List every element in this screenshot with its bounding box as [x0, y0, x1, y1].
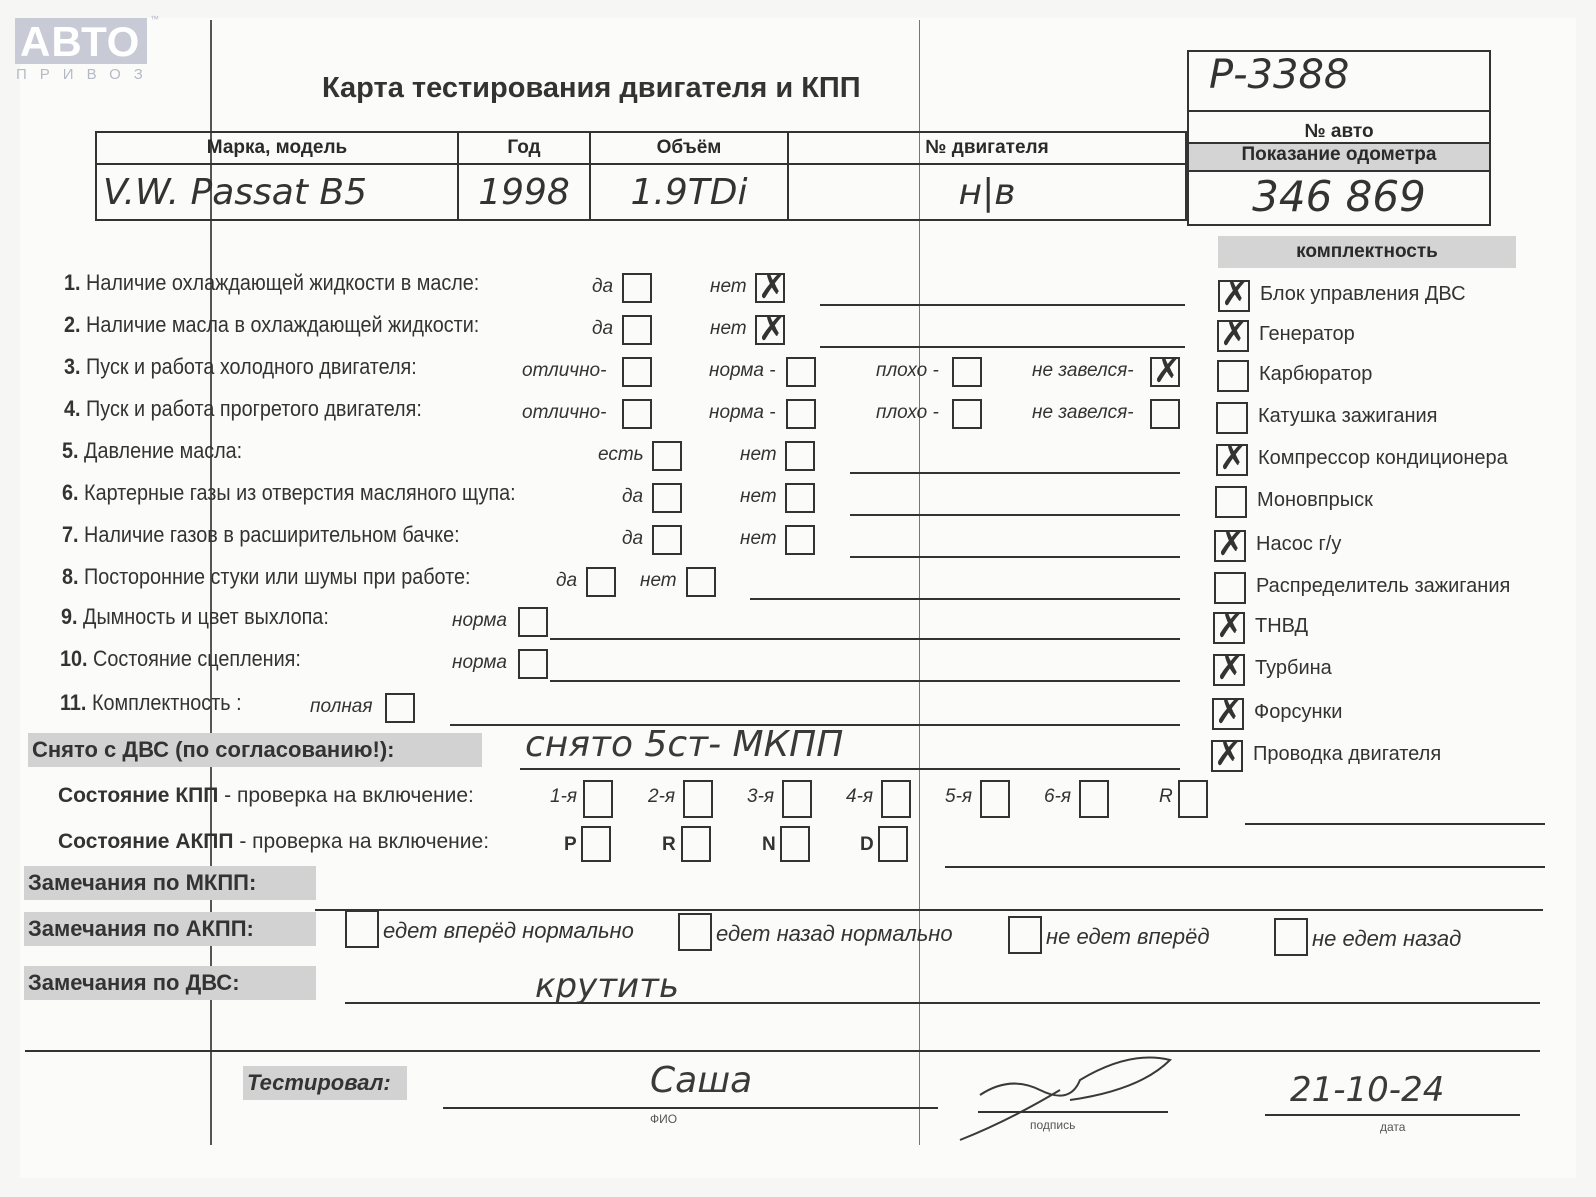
volume-value[interactable]: 1.9TDi	[590, 164, 788, 220]
option-label: норма	[452, 610, 507, 632]
option-label: нет	[740, 444, 777, 466]
checklist-question: 4. Пуск и работа прогретого двигателя:	[64, 396, 422, 422]
completeness-item-label: Катушка зажигания	[1258, 405, 1438, 428]
manual-gear-checkbox[interactable]	[1079, 780, 1109, 818]
checklist-question: 10. Состояние сцепления:	[60, 646, 301, 672]
option-checkbox[interactable]	[1150, 357, 1180, 387]
auto-gearbox-underline	[945, 866, 1545, 868]
manual-gearbox-label: Состояние КПП - проверка на включение:	[58, 784, 474, 808]
manual-gear-checkbox[interactable]	[683, 780, 713, 818]
option-checkbox[interactable]	[622, 357, 652, 387]
completeness-item-label: Моновпрыск	[1257, 489, 1373, 512]
question-text: Комплектность :	[92, 690, 242, 715]
completeness-item-label: Распределитель зажигания	[1256, 575, 1510, 598]
manual-gear-checkbox[interactable]	[782, 780, 812, 818]
logo-tm: ™	[150, 14, 159, 24]
logo-sub: ПРИВОЗ	[16, 66, 156, 83]
completeness-item-label: Проводка двигателя	[1253, 743, 1441, 766]
option-label: есть	[598, 444, 644, 466]
auto-gear-label: N	[762, 834, 776, 856]
tested-by-label: Тестировал:	[243, 1066, 407, 1100]
manual-gear-label: 4-я	[846, 786, 873, 808]
checklist-question: 1. Наличие охлаждающей жидкости в масле:	[64, 270, 479, 296]
completeness-item-label: Турбина	[1255, 657, 1332, 680]
header-make-model-label: Марка, модель	[96, 132, 458, 164]
option-checkbox[interactable]	[586, 567, 616, 597]
name-line	[443, 1107, 938, 1109]
note-line[interactable]	[820, 304, 1185, 306]
vehicle-info-table: Марка, модель Год Объём № двигателя V.W.…	[95, 131, 1187, 221]
manual-gear-label: R	[1159, 786, 1173, 808]
option-checkbox[interactable]	[686, 567, 716, 597]
completeness-checkbox[interactable]	[1211, 740, 1243, 772]
option-label: да	[592, 276, 613, 298]
odometer-box: Показание одометра 346 869	[1187, 142, 1491, 226]
checklist-question: 3. Пуск и работа холодного двигателя:	[64, 354, 417, 380]
question-text: Наличие масла в охлаждающей жидкости:	[86, 312, 479, 337]
completeness-item-label: Насос г/у	[1256, 533, 1341, 556]
note-line[interactable]	[850, 514, 1180, 516]
auto-number-value[interactable]: Р-3388	[1189, 52, 1489, 112]
option-checkbox[interactable]	[786, 399, 816, 429]
removed-underline	[520, 768, 1180, 770]
checklist-question: 9. Дымность и цвет выхлопа:	[61, 604, 329, 630]
option-label: да	[622, 486, 643, 508]
akpp-option-label: едет назад нормально	[716, 921, 953, 947]
question-number: 7.	[62, 522, 79, 547]
option-checkbox[interactable]	[952, 399, 982, 429]
completeness-checkbox[interactable]	[1216, 444, 1248, 476]
header-year-label: Год	[458, 132, 590, 164]
completeness-item-label: Карбюратор	[1259, 363, 1372, 386]
completeness-checkbox[interactable]	[1216, 402, 1248, 434]
akpp-option-label: едет вперёд нормально	[383, 918, 634, 944]
completeness-item-label: Генератор	[1259, 323, 1355, 346]
note-line[interactable]	[850, 556, 1180, 558]
auto-gear-label: R	[662, 834, 676, 856]
manual-gearbox-underline	[1245, 823, 1545, 825]
note-line[interactable]	[820, 346, 1185, 348]
option-label: плохо -	[876, 360, 939, 382]
tester-name[interactable]: Саша	[650, 1060, 752, 1101]
option-checkbox[interactable]	[755, 315, 785, 345]
option-label: не завелся-	[1032, 360, 1134, 382]
option-checkbox[interactable]	[785, 525, 815, 555]
question-number: 9.	[61, 604, 78, 629]
logo-brand: АВТО	[20, 18, 140, 66]
option-checkbox[interactable]	[652, 483, 682, 513]
akpp-option-label: не едет вперёд	[1046, 924, 1210, 950]
year-value[interactable]: 1998	[458, 164, 590, 220]
name-caption: ФИО	[650, 1112, 677, 1126]
akpp-remarks-label: Замечания по АКПП:	[24, 912, 316, 946]
signature-caption: подпись	[1030, 1118, 1075, 1132]
note-line[interactable]	[550, 680, 1180, 682]
option-label: нет	[710, 318, 747, 340]
option-label: норма -	[709, 402, 776, 424]
note-line[interactable]	[850, 472, 1180, 474]
question-text: Состояние сцепления:	[93, 646, 301, 671]
odometer-value[interactable]: 346 869	[1189, 172, 1489, 224]
completeness-checkbox[interactable]	[1213, 612, 1245, 644]
completeness-checkbox[interactable]	[1217, 360, 1249, 392]
question-text: Посторонние стуки или шумы при работе:	[84, 564, 470, 589]
engine-number-value[interactable]: н|в	[788, 164, 1186, 220]
question-text: Дымность и цвет выхлопа:	[83, 604, 329, 629]
question-number: 6.	[62, 480, 79, 505]
option-checkbox[interactable]	[518, 649, 548, 679]
option-label: норма	[452, 652, 507, 674]
completeness-item-label: Форсунки	[1254, 701, 1342, 724]
option-label: плохо -	[876, 402, 939, 424]
completeness-heading: комплектность	[1218, 236, 1516, 268]
auto-gear-checkbox[interactable]	[581, 826, 611, 862]
akpp-option-checkbox[interactable]	[345, 910, 379, 948]
note-line[interactable]	[550, 638, 1180, 640]
option-checkbox[interactable]	[518, 607, 548, 637]
option-label: нет	[740, 528, 777, 550]
header-engine-number-label: № двигателя	[788, 132, 1186, 164]
option-label: да	[592, 318, 613, 340]
option-label: не завелся-	[1032, 402, 1134, 424]
question-number: 2.	[64, 312, 81, 337]
option-checkbox[interactable]	[385, 693, 415, 723]
checklist-question: 11. Комплектность :	[60, 690, 242, 716]
completeness-item-label: ТНВД	[1255, 615, 1308, 638]
option-checkbox[interactable]	[785, 483, 815, 513]
question-number: 11.	[60, 690, 86, 715]
auto-gear-checkbox[interactable]	[780, 826, 810, 862]
auto-gear-label: P	[564, 834, 577, 856]
note-line[interactable]	[750, 598, 1180, 600]
option-label: нет	[740, 486, 777, 508]
removed-value[interactable]: снято 5ст- МКПП	[525, 724, 843, 765]
completeness-item-label: Компрессор кондиционера	[1258, 447, 1508, 470]
question-text: Пуск и работа прогретого двигателя:	[86, 396, 422, 421]
removed-label: Снято с ДВС (по согласованию!):	[28, 733, 482, 767]
header-volume-label: Объём	[590, 132, 788, 164]
question-number: 10.	[60, 646, 88, 671]
checklist-question: 6. Картерные газы из отверстия масляного…	[62, 480, 516, 506]
option-checkbox[interactable]	[755, 273, 785, 303]
completeness-checkbox[interactable]	[1214, 530, 1246, 562]
question-text: Наличие газов в расширительном бачке:	[84, 522, 460, 547]
completeness-checkbox[interactable]	[1214, 572, 1246, 604]
mkpp-remarks-label: Замечания по МКПП:	[24, 866, 316, 900]
question-text: Пуск и работа холодного двигателя:	[86, 354, 417, 379]
completeness-checkbox[interactable]	[1212, 698, 1244, 730]
manual-gear-checkbox[interactable]	[1178, 780, 1208, 818]
manual-gear-checkbox[interactable]	[583, 780, 613, 818]
manual-gear-label: 6-я	[1044, 786, 1071, 808]
auto-gearbox-label: Состояние АКПП - проверка на включение:	[58, 830, 489, 854]
auto-number-box: Р-3388 № авто	[1187, 50, 1491, 148]
checklist-question: 7. Наличие газов в расширительном бачке:	[62, 522, 460, 548]
question-text: Давление масла:	[84, 438, 242, 463]
page-title: Карта тестирования двигателя и КПП	[322, 72, 861, 105]
question-number: 8.	[62, 564, 79, 589]
completeness-checkbox[interactable]	[1218, 280, 1250, 312]
dvs-remarks-value[interactable]: крутить	[535, 966, 679, 1006]
manual-gear-label: 5-я	[945, 786, 972, 808]
odometer-label: Показание одометра	[1189, 144, 1489, 172]
remarks-extra-line	[25, 1050, 1540, 1052]
signature-scribble[interactable]	[950, 1040, 1190, 1150]
auto-gear-checkbox[interactable]	[878, 826, 908, 862]
date-caption: дата	[1380, 1120, 1405, 1134]
option-label: отлично-	[522, 402, 606, 424]
auto-gear-checkbox[interactable]	[681, 826, 711, 862]
completeness-checkbox[interactable]	[1217, 320, 1249, 352]
date-value[interactable]: 21-10-24	[1290, 1070, 1444, 1110]
option-label: отлично-	[522, 360, 606, 382]
option-checkbox[interactable]	[652, 525, 682, 555]
checklist-question: 2. Наличие масла в охлаждающей жидкости:	[64, 312, 479, 338]
completeness-checkbox[interactable]	[1215, 486, 1247, 518]
question-number: 3.	[64, 354, 81, 379]
question-number: 1.	[64, 270, 81, 295]
date-line	[1265, 1114, 1520, 1116]
option-label: да	[556, 570, 577, 592]
option-checkbox[interactable]	[952, 357, 982, 387]
completeness-item-label: Блок управления ДВС	[1260, 283, 1466, 306]
question-number: 5.	[62, 438, 79, 463]
make-model-value[interactable]: V.W. Passat B5	[96, 164, 458, 220]
option-label: да	[622, 528, 643, 550]
akpp-option-checkbox[interactable]	[1274, 918, 1308, 956]
manual-gear-checkbox[interactable]	[980, 780, 1010, 818]
option-checkbox[interactable]	[622, 315, 652, 345]
akpp-option-checkbox[interactable]	[1008, 916, 1042, 954]
option-label: норма -	[709, 360, 776, 382]
auto-gear-label: D	[860, 834, 874, 856]
option-label: нет	[710, 276, 747, 298]
signature-line	[978, 1111, 1168, 1113]
manual-gear-label: 1-я	[550, 786, 577, 808]
manual-gear-checkbox[interactable]	[881, 780, 911, 818]
dvs-remarks-line	[345, 1002, 1540, 1004]
checklist-question: 8. Посторонние стуки или шумы при работе…	[62, 564, 471, 590]
option-label: нет	[640, 570, 677, 592]
option-checkbox[interactable]	[785, 441, 815, 471]
option-checkbox[interactable]	[1150, 399, 1180, 429]
option-label: полная	[310, 696, 373, 718]
mkpp-remarks-line[interactable]	[315, 909, 1543, 911]
option-checkbox[interactable]	[652, 441, 682, 471]
akpp-option-checkbox[interactable]	[678, 913, 712, 951]
dvs-remarks-label: Замечания по ДВС:	[24, 966, 316, 1000]
checklist-question: 5. Давление масла:	[62, 438, 242, 464]
question-number: 4.	[64, 396, 81, 421]
option-checkbox[interactable]	[622, 273, 652, 303]
auto-number-label: № авто	[1189, 112, 1489, 146]
question-text: Наличие охлаждающей жидкости в масле:	[86, 270, 479, 295]
akpp-option-label: не едет назад	[1312, 926, 1461, 952]
manual-gear-label: 3-я	[747, 786, 774, 808]
question-text: Картерные газы из отверстия масляного щу…	[84, 480, 516, 505]
option-checkbox[interactable]	[622, 399, 652, 429]
completeness-checkbox[interactable]	[1213, 654, 1245, 686]
option-checkbox[interactable]	[786, 357, 816, 387]
manual-gear-label: 2-я	[648, 786, 675, 808]
